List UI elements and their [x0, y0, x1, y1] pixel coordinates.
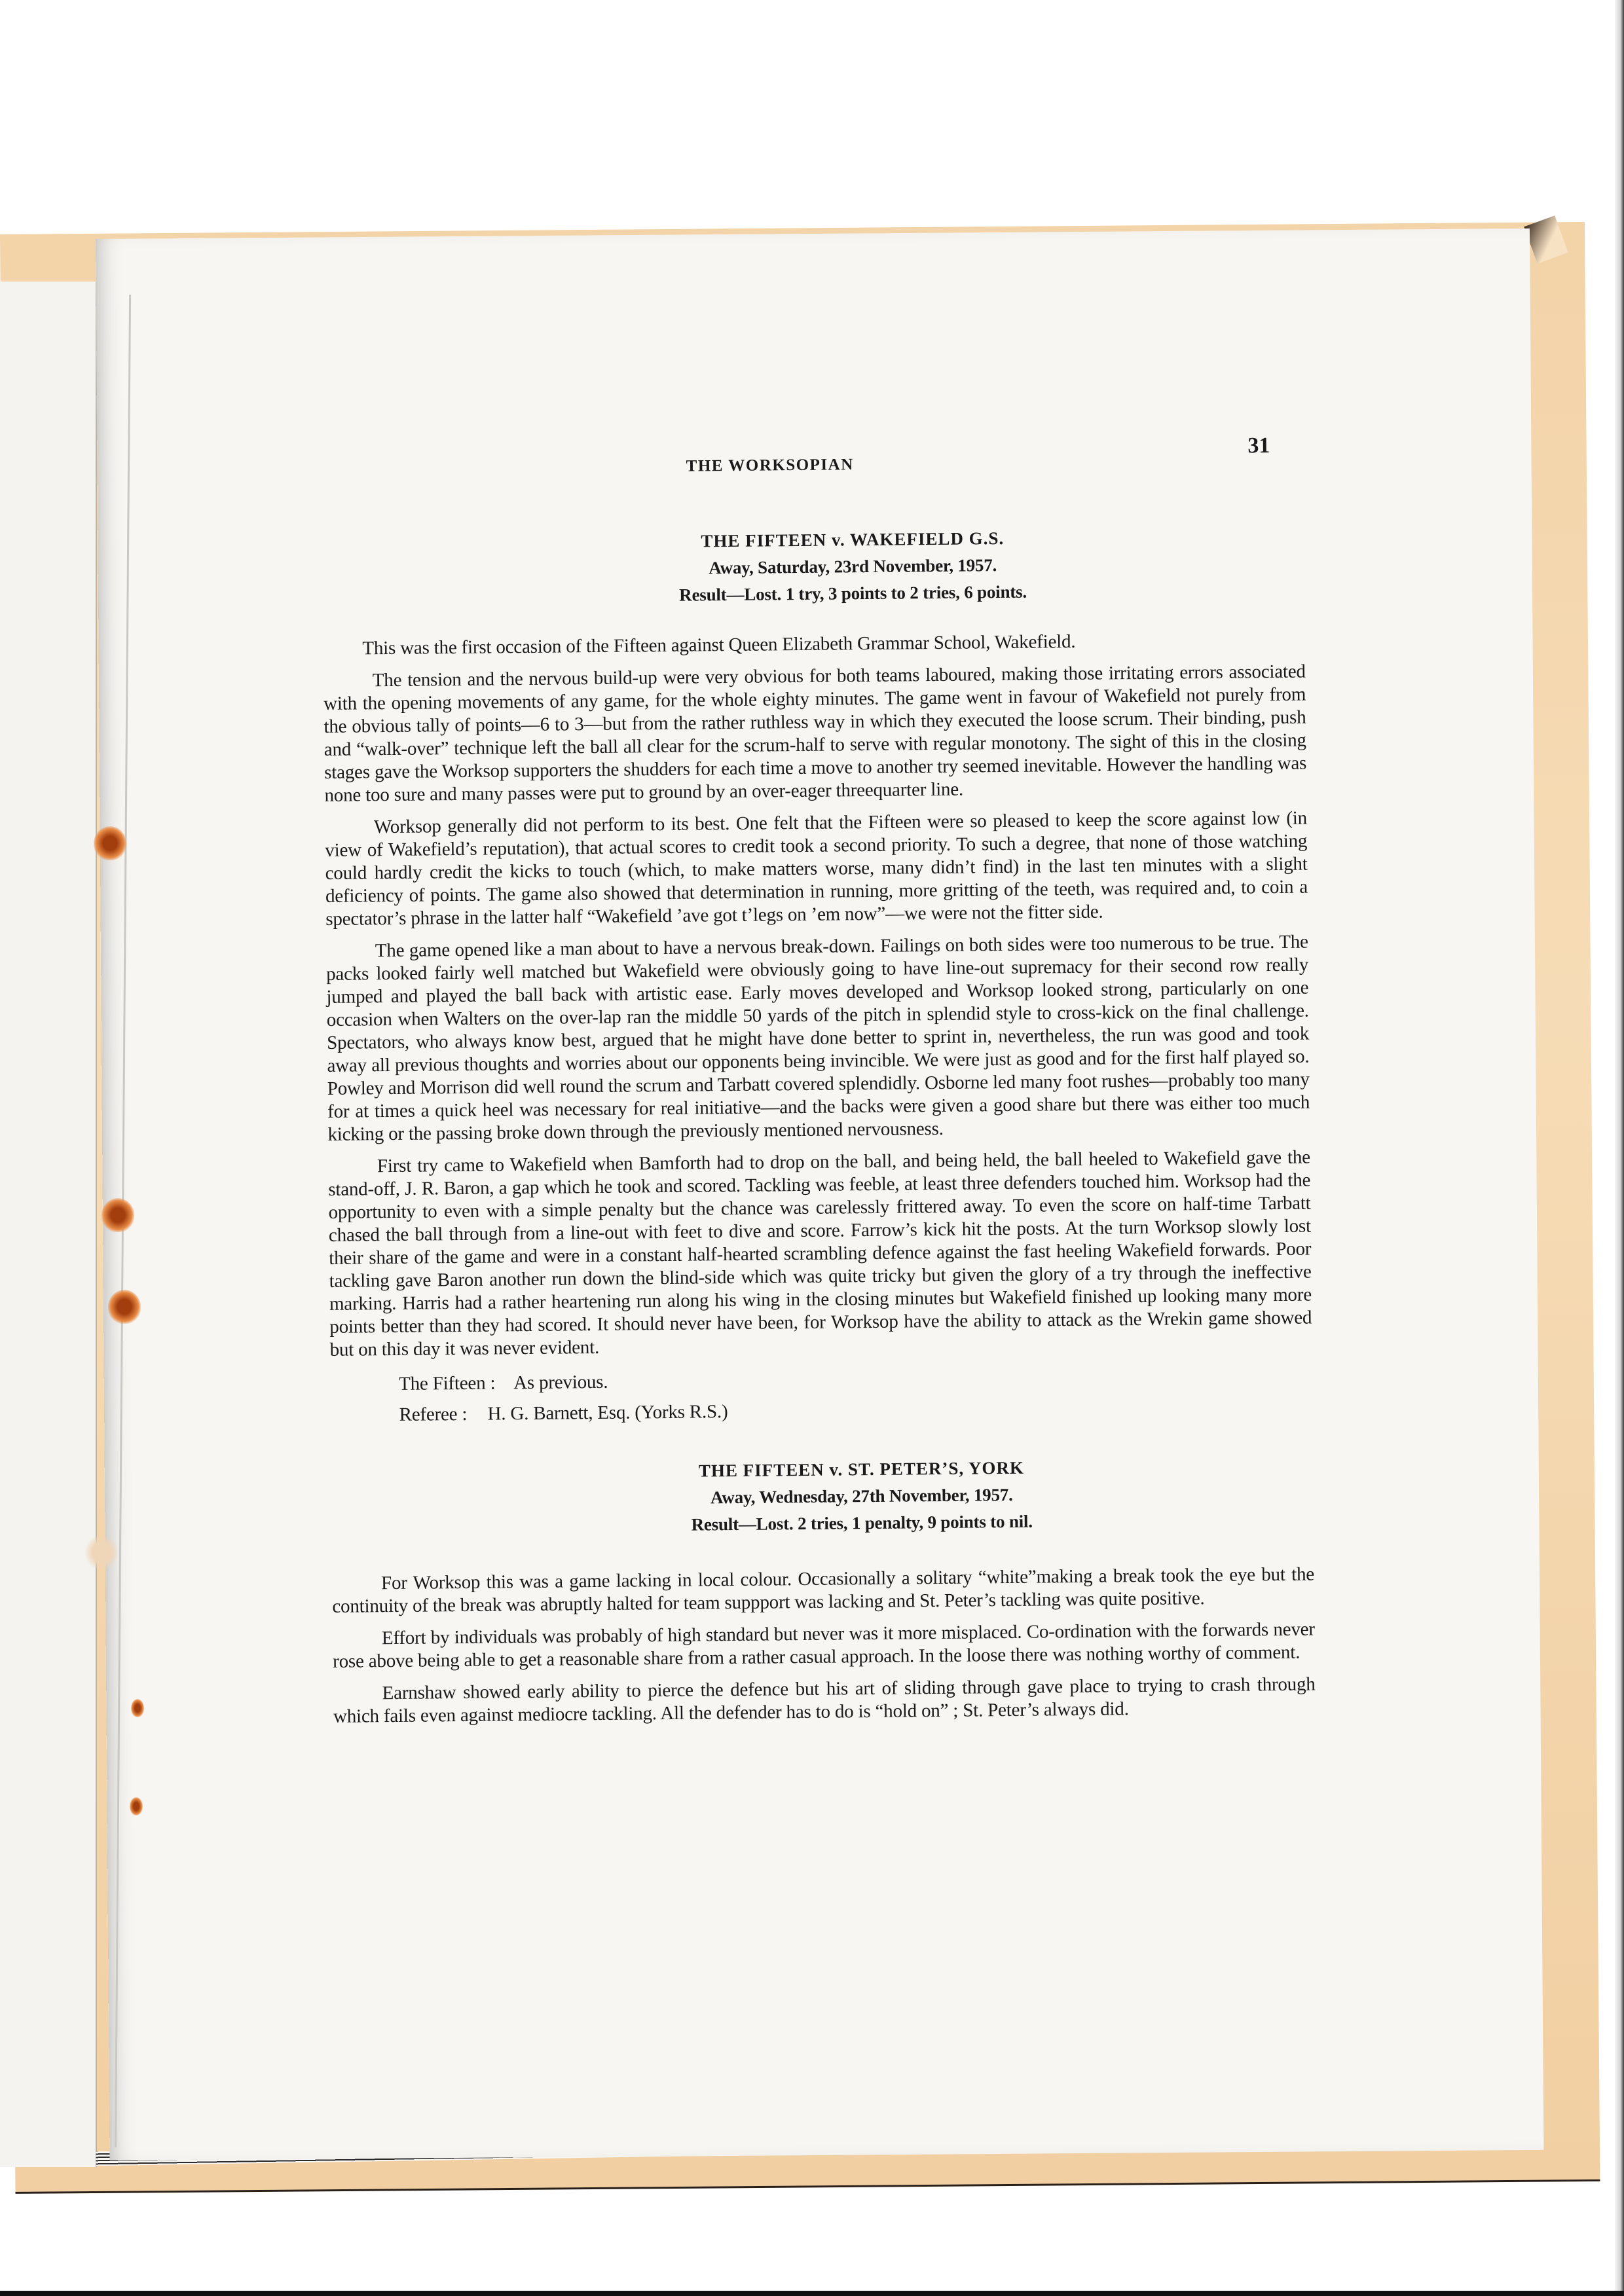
match-heading: THE FIFTEEN v. ST. PETER’S, YORK Away, W… — [409, 1454, 1314, 1539]
scanner-edge-right — [1615, 0, 1624, 2296]
report-paragraph: Worksop generally did not perform to its… — [325, 807, 1308, 931]
scanner-edge-bottom — [0, 2291, 1624, 2296]
faint-stain — [85, 1535, 118, 1569]
match-heading: THE FIFTEEN v. WAKEFIELD G.S. Away, Satu… — [401, 524, 1305, 610]
match-report-wakefield: THE FIFTEEN v. WAKEFIELD G.S. Away, Satu… — [322, 524, 1313, 1427]
team-line: The Fifteen :As previous. — [399, 1364, 1312, 1396]
team-value: As previous. — [513, 1372, 608, 1393]
report-paragraph: Effort by individuals was probably of hi… — [333, 1618, 1316, 1673]
page-text-block: THE WORKSOPIAN 31 THE FIFTEEN v. WAKEFIE… — [321, 410, 1316, 1728]
rust-speck — [130, 1797, 143, 1815]
report-paragraph: For Worksop this was a game lacking in l… — [332, 1563, 1315, 1618]
rust-staple-stain — [94, 826, 126, 860]
team-label: The Fifteen : — [399, 1372, 513, 1396]
rust-speck — [131, 1699, 144, 1717]
report-paragraph: This was the first occasion of the Fifte… — [323, 629, 1305, 661]
rust-staple-stain — [101, 1198, 134, 1232]
match-report-st-peters: THE FIFTEEN v. ST. PETER’S, YORK Away, W… — [331, 1454, 1316, 1728]
referee-label: Referee : — [399, 1403, 487, 1427]
page-number: 31 — [1247, 434, 1270, 457]
report-paragraph: First try came to Wakefield when Bamfort… — [328, 1146, 1312, 1362]
left-facing-page — [0, 282, 97, 2167]
match-date: Away, Saturday, 23rd November, 1957. — [401, 551, 1304, 583]
report-paragraph: Earnshaw showed early ability to pierce … — [333, 1673, 1316, 1728]
report-paragraph: The game opened like a man about to have… — [326, 931, 1310, 1146]
rust-staple-stain — [108, 1290, 141, 1324]
referee-value: H. G. Barnett, Esq. (Yorks R.S.) — [487, 1401, 728, 1425]
match-date: Away, Wednesday, 27th November, 1957. — [410, 1481, 1314, 1512]
running-head: THE WORKSOPIAN — [686, 453, 854, 477]
report-paragraph: The tension and the nervous build-up wer… — [323, 661, 1307, 807]
